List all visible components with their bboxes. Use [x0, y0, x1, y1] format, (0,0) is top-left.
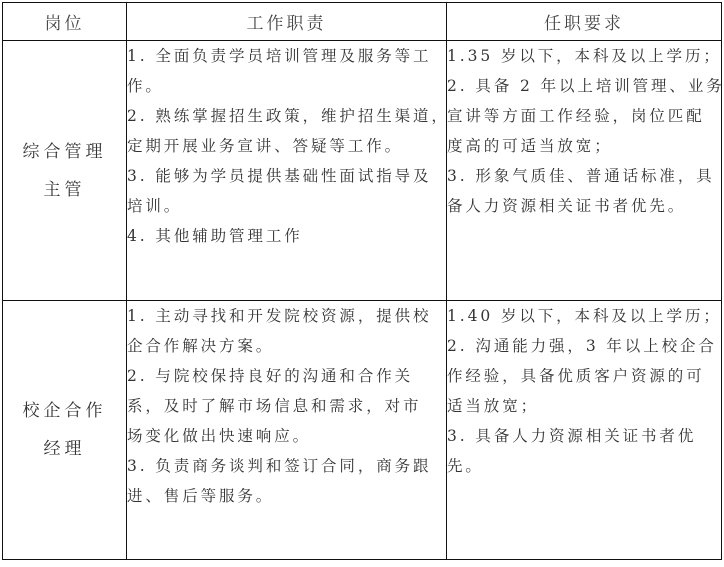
job-requirements-table: 岗位 工作职责 任职要求 综合管理 主管 1. 全面负责学员培训管理及服务等工 …: [2, 2, 722, 560]
duties-cell: 1. 全面负责学员培训管理及服务等工 作。 2. 熟练掌握招生政策，维护招生渠道…: [127, 41, 447, 301]
table-row: 校企合作 经理 1. 主动寻找和开发院校资源，提供校 企合作解决方案。 2. 与…: [3, 301, 722, 560]
requirement-line: 2. 沟通能力强，3 年以上校企合: [447, 331, 721, 361]
requirement-line: 1.35 岁以下，本科及以上学历；: [447, 41, 721, 71]
duty-line: 作。: [127, 71, 446, 101]
requirement-line: 度高的可适当放宽；: [447, 131, 721, 161]
requirement-line: 2. 具备 2 年以上培训管理、业务: [447, 71, 721, 101]
header-requirements: 任职要求: [447, 3, 722, 41]
requirement-line: 1.40 岁以下，本科及以上学历；: [447, 301, 721, 331]
requirement-line: 3. 形象气质佳、普通话标准，具: [447, 161, 721, 191]
duty-line: 企合作解决方案。: [127, 331, 446, 361]
requirement-line: 备人力资源相关证书者优先。: [447, 191, 721, 221]
requirement-line: 适当放宽；: [447, 391, 721, 421]
requirement-line: 3. 具备人力资源相关证书者优: [447, 421, 721, 451]
duty-line: 1. 全面负责学员培训管理及服务等工: [127, 41, 446, 71]
duty-line: 培训。: [127, 191, 446, 221]
requirements-cell: 1.35 岁以下，本科及以上学历； 2. 具备 2 年以上培训管理、业务 宣讲等…: [447, 41, 722, 301]
requirement-line: 作经验，具备优质客户资源的可: [447, 361, 721, 391]
requirement-line: 先。: [447, 451, 721, 481]
duty-line: 4. 其他辅助管理工作: [127, 221, 446, 251]
position-title-line: 经理: [3, 430, 126, 468]
header-position: 岗位: [3, 3, 127, 41]
requirement-line: 宣讲等方面工作经验，岗位匹配: [447, 101, 721, 131]
duty-line: 系，及时了解市场信息和需求，对市: [127, 391, 446, 421]
requirements-cell: 1.40 岁以下，本科及以上学历； 2. 沟通能力强，3 年以上校企合 作经验，…: [447, 301, 722, 560]
duty-line: 场变化做出快速响应。: [127, 421, 446, 451]
duty-line: 3. 能够为学员提供基础性面试指导及: [127, 161, 446, 191]
duties-cell: 1. 主动寻找和开发院校资源，提供校 企合作解决方案。 2. 与院校保持良好的沟…: [127, 301, 447, 560]
header-row: 岗位 工作职责 任职要求: [3, 3, 722, 41]
duty-line: 进、售后等服务。: [127, 481, 446, 511]
position-title-line: 综合管理: [3, 133, 126, 171]
duty-line: 定期开展业务宣讲、答疑等工作。: [127, 131, 446, 161]
header-duties: 工作职责: [127, 3, 447, 41]
duty-line: 1. 主动寻找和开发院校资源，提供校: [127, 301, 446, 331]
position-title-line: 主管: [3, 171, 126, 209]
duty-line: 3. 负责商务谈判和签订合同，商务跟: [127, 451, 446, 481]
table-row: 综合管理 主管 1. 全面负责学员培训管理及服务等工 作。 2. 熟练掌握招生政…: [3, 41, 722, 301]
position-cell: 校企合作 经理: [3, 301, 127, 560]
duty-line: 2. 与院校保持良好的沟通和合作关: [127, 361, 446, 391]
position-title-line: 校企合作: [3, 392, 126, 430]
duty-line: 2. 熟练掌握招生政策，维护招生渠道，: [127, 101, 446, 131]
position-cell: 综合管理 主管: [3, 41, 127, 301]
